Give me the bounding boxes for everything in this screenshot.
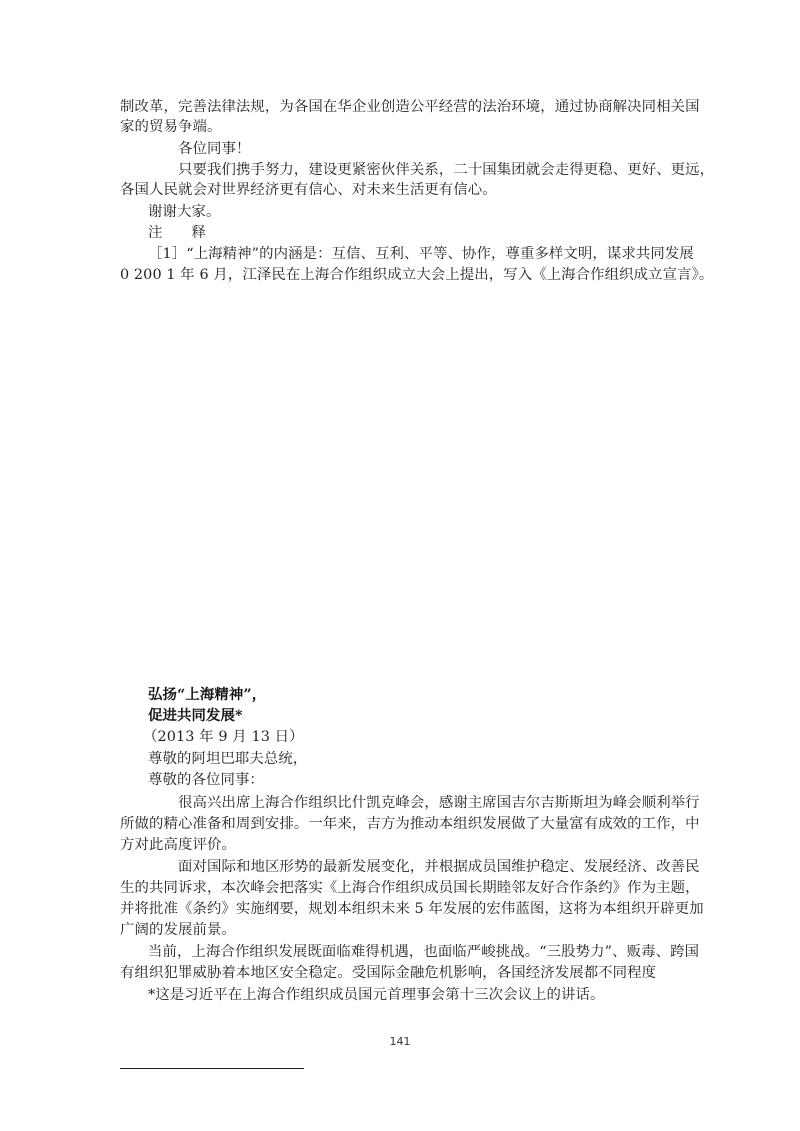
note-text-line: ［1］“上海精神”的内涵是：互信、互利、平等、协作，尊重多样文明，谋求共同发展 [148, 244, 694, 264]
body-text-line: 制改革，完善法律法规，为各国在华企业创造公平经营的法治环境，通过协商解决同相关国 [120, 97, 700, 117]
article-title-line-2: 促进共同发展* [148, 706, 243, 726]
notes-heading: 注 释 [148, 223, 206, 243]
salutation-line: 尊敬的各位同事： [148, 770, 264, 790]
body-text-line: 广阔的发展前景。 [120, 920, 236, 940]
body-text-line: 有组织犯罪威胁着本地区安全稳定。受国际金融危机影响，各国经济发展都不同程度 [120, 963, 656, 983]
footnote-text: *这是习近平在上海合作组织成员国元首理事会第十三次会议上的讲话。 [148, 985, 605, 1005]
body-text-line: 并将批准《条约》实施纲要，规划本组织未来 5 年发展的宏伟蓝图，这将为本组织开辟… [120, 899, 704, 919]
body-text-line: 所做的精心准备和周到安排。一年来，吉方为推动本组织发展做了大量富有成效的工作，中 [120, 814, 700, 834]
document-page: 制改革，完善法律法规，为各国在华企业创造公平经营的法治环境，通过协商解决同相关国… [0, 0, 800, 1131]
body-text-line: 各国人民就会对世界经济更有信心、对未来生活更有信心。 [120, 180, 497, 200]
body-text-line: 只要我们携手努力，建设更紧密伙伴关系，二十国集团就会走得更稳、更好、更远， [178, 160, 714, 180]
body-text-line: 面对国际和地区形势的最新发展变化，并根据成员国维护稳定、发展经济、改善民 [178, 857, 700, 877]
body-text-line: 生的共同诉求，本次峰会把落实《上海合作组织成员国长期睦邻友好合作条约》作为主题， [120, 878, 700, 898]
salutation-line: 尊敬的阿坦巴耶夫总统， [148, 749, 307, 769]
footnote-divider [120, 1068, 304, 1069]
article-title-line-1: 弘扬“上海精神”， [148, 685, 266, 705]
body-text-line: 当前，上海合作组织发展既面临难得机遇，也面临严峻挑战。“三股势力”、贩毒、跨国 [148, 942, 699, 962]
body-text-line: 很高兴出席上海合作组织比什凯克峰会，感谢主席国吉尔吉斯斯坦为峰会顺利举行 [178, 793, 700, 813]
article-date: （2013 年 9 月 13 日） [143, 727, 304, 747]
page-number: 141 [388, 1035, 412, 1048]
body-text-line: 家的贸易争端。 [120, 117, 221, 137]
body-text-line: 方对此高度评价。 [120, 835, 236, 855]
note-text-line: 0 200 1 年 6 月，江泽民在上海合作组织成立大会上提出，写入《上海合作组… [120, 265, 713, 285]
address-line: 各位同事！ [178, 139, 250, 159]
closing-line: 谢谢大家。 [148, 202, 220, 222]
